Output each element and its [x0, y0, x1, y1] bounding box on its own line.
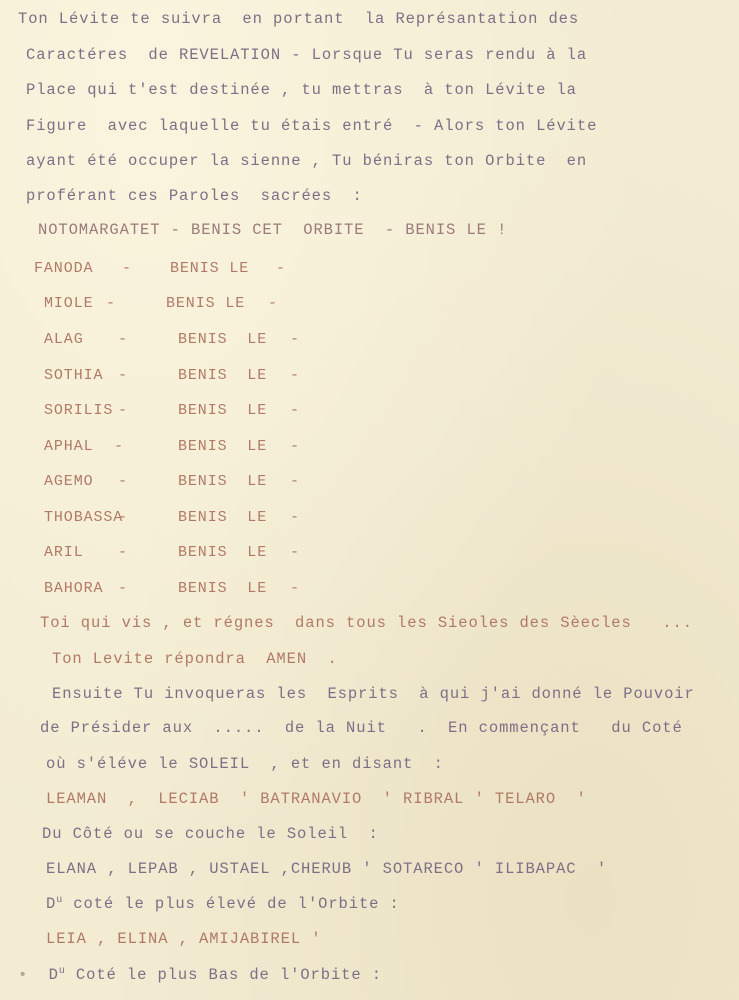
separator-dash: - [118, 402, 128, 419]
trailing-dash: - [268, 295, 278, 312]
paragraph-1-line-2: Caractéres de REVELATION - Lorsque Tu se… [26, 46, 587, 64]
west-heading: Du Côté ou se couche le Soleil : [42, 825, 379, 843]
blessing-row: BAHORA-BENIS LE- [44, 580, 364, 600]
spirit-name: THOBASSA [44, 509, 123, 526]
paragraph-2-line-3: où s'éléve le SOLEIL , et en disant : [46, 755, 444, 773]
west-spirits-list: ELANA , LEPAB , USTAEL ,CHERUB ' SOTAREC… [46, 860, 607, 878]
separator-dash: - [106, 295, 116, 312]
blessing-row: APHAL-BENIS LE- [44, 438, 364, 458]
spirit-name: ARIL [44, 544, 84, 561]
highest-side-spirits: LEIA , ELINA , AMIJABIREL ' [46, 930, 321, 948]
blessing-phrase: BENIS LE [178, 331, 267, 348]
trailing-dash: - [290, 367, 300, 384]
heading-prefix: D [46, 895, 56, 913]
levite-response: Ton Levite répondra AMEN . [52, 650, 338, 668]
blessing-row: THOBASSA-BENIS LE- [44, 509, 364, 529]
separator-dash: - [118, 544, 128, 561]
trailing-dash: - [290, 580, 300, 597]
paragraph-1-line-4: Figure avec laquelle tu étais entré - Al… [26, 117, 597, 135]
heading-sup: u [59, 966, 66, 977]
spirit-name: APHAL [44, 438, 94, 455]
paragraph-1-line-6: proférant ces Paroles sacrées : [26, 187, 363, 205]
spirit-name: AGEMO [44, 473, 94, 490]
lowest-side-heading: • Du Coté le plus Bas de l'Orbite : [18, 966, 382, 984]
paragraph-2-line-1: Ensuite Tu invoqueras les Esprits à qui … [52, 685, 695, 703]
trailing-dash: - [290, 331, 300, 348]
spirit-name: FANODA [34, 260, 93, 277]
blessing-phrase: BENIS LE [178, 402, 267, 419]
paragraph-1-line-5: ayant été occuper la sienne , Tu béniras… [26, 152, 587, 170]
paragraph-2-line-2: de Présider aux ..... de la Nuit . En co… [40, 719, 683, 737]
separator-dash: - [114, 438, 124, 455]
blessing-row: ALAG-BENIS LE- [44, 331, 364, 351]
blessing-row: ARIL-BENIS LE- [44, 544, 364, 564]
blessing-row: SORILIS-BENIS LE- [44, 402, 364, 422]
reverse-side-bleed-through [0, 0, 739, 1000]
invocation-heading: NOTOMARGATET - BENIS CET ORBITE - BENIS … [38, 221, 507, 239]
paragraph-1-line-1: Ton Lévite te suivra en portant la Repré… [18, 10, 579, 28]
blessing-row: AGEMO-BENIS LE- [44, 473, 364, 493]
trailing-dash: - [290, 402, 300, 419]
blessing-phrase: BENIS LE [178, 438, 267, 455]
trailing-dash: - [290, 473, 300, 490]
blessing-row: MIOLE-BENIS LE- [44, 295, 364, 315]
blessing-phrase: BENIS LE [178, 509, 267, 526]
spirit-name: MIOLE [44, 295, 94, 312]
blessing-row: SOTHIA-BENIS LE- [44, 367, 364, 387]
blessing-phrase: BENIS LE [178, 580, 267, 597]
trailing-dash: - [290, 544, 300, 561]
blessing-phrase: BENIS LE [178, 544, 267, 561]
separator-dash: - [118, 509, 128, 526]
separator-dash: - [122, 260, 132, 277]
separator-dash: - [118, 331, 128, 348]
heading-rest: Coté le plus Bas de l'Orbite : [66, 966, 382, 984]
spirit-name: ALAG [44, 331, 84, 348]
spirit-name: SORILIS [44, 402, 113, 419]
separator-dash: - [118, 367, 128, 384]
closing-line: Toi qui vis , et régnes dans tous les Si… [40, 614, 693, 632]
spirit-name: BAHORA [44, 580, 103, 597]
heading-rest: coté le plus élevé de l'Orbite : [63, 895, 400, 913]
trailing-dash: - [276, 260, 286, 277]
east-spirits-list: LEAMAN , LECIAB ' BATRANAVIO ' RIBRAL ' … [46, 790, 587, 808]
blessing-phrase: BENIS LE [166, 295, 245, 312]
blessing-row: FANODA-BENIS LE- [34, 260, 354, 280]
bullet-mark: • [18, 966, 28, 984]
blessing-phrase: BENIS LE [178, 367, 267, 384]
trailing-dash: - [290, 438, 300, 455]
blessing-phrase: BENIS LE [178, 473, 267, 490]
trailing-dash: - [290, 509, 300, 526]
highest-side-heading: Du coté le plus élevé de l'Orbite : [46, 895, 400, 913]
paragraph-1-line-3: Place qui t'est destinée , tu mettras à … [26, 81, 577, 99]
separator-dash: - [118, 473, 128, 490]
spirit-name: SOTHIA [44, 367, 103, 384]
blessing-phrase: BENIS LE [170, 260, 249, 277]
heading-prefix: D [49, 966, 59, 984]
separator-dash: - [118, 580, 128, 597]
